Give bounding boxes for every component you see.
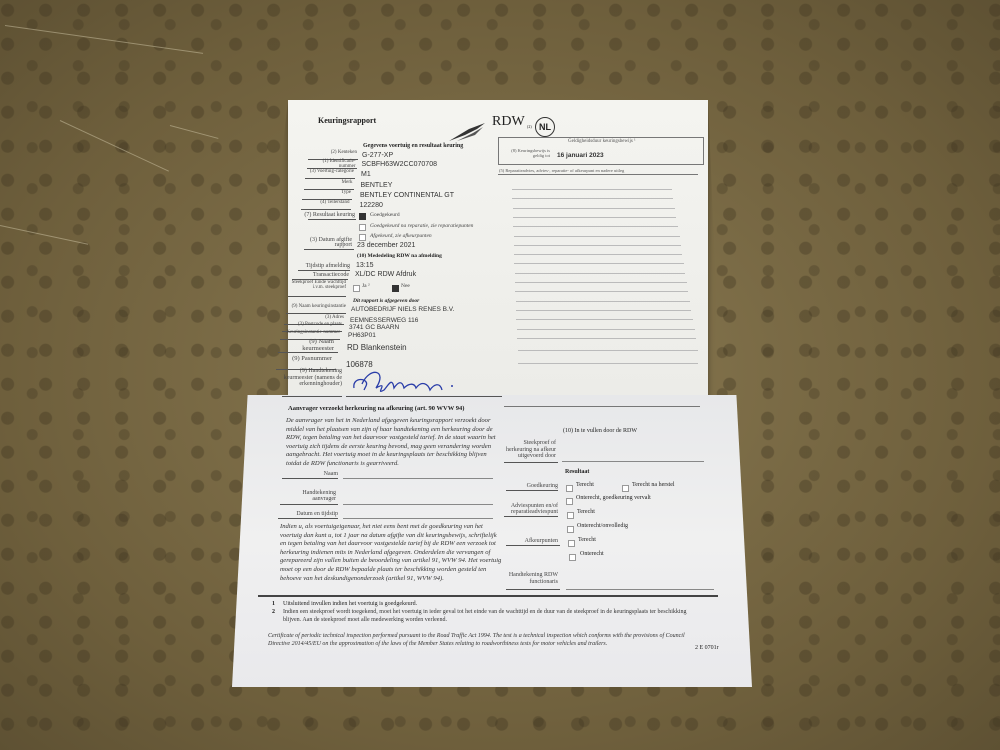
repair-advice-line[interactable] — [516, 301, 690, 302]
section-divider — [258, 595, 718, 597]
issuer-field-label: (9) Naam keuringsinstantie — [290, 305, 346, 310]
repair-advice-line[interactable] — [514, 245, 681, 246]
rdw-checkbox[interactable] — [568, 540, 575, 547]
reinspection-heading: Aanvrager verzoekt herkeuring na afkeuri… — [288, 405, 464, 412]
datetime-field[interactable] — [343, 518, 493, 519]
name-label: Naam — [300, 471, 338, 477]
result-option-label: Goedgekeurd — [370, 212, 400, 218]
repair-advice-line[interactable] — [518, 350, 698, 351]
repair-advice-line[interactable] — [515, 282, 687, 283]
country-ref: (2) — [527, 124, 532, 129]
underline — [506, 490, 558, 491]
signature-label: (9) Handtekening keurmeester (namens de … — [280, 368, 342, 388]
repair-advice-line[interactable] — [513, 208, 675, 209]
field-value: BENTLEY CONTINENTAL GT — [360, 192, 454, 199]
repair-advice-line[interactable] — [512, 198, 673, 199]
repair-advice-line[interactable] — [515, 291, 688, 292]
sample-label: Steekproef Einde wachttijd i.v.m. steekp… — [290, 281, 346, 290]
name-field[interactable] — [343, 478, 493, 479]
repair-advice-line[interactable] — [513, 226, 678, 227]
underline — [282, 478, 338, 479]
transaction-value: XL/DC RDW Afdruk — [355, 271, 416, 278]
issuer-field-label: (9) Pasnummer — [280, 356, 332, 363]
validity-heading: Geldigheidsduur keuringsbewijs ¹ — [568, 139, 636, 144]
transaction-label: Transactiecode — [295, 272, 349, 278]
footnote-number: 1 — [272, 601, 275, 607]
issuer-field-label: (9) Naam keurmeester — [282, 339, 334, 352]
underline — [504, 516, 558, 517]
underline — [301, 209, 351, 210]
sample-option-label: Nee — [401, 283, 410, 289]
repair-advice-line[interactable] — [516, 319, 693, 320]
keurmeester-signature — [350, 362, 460, 398]
issuer-field-label: Keuringsinstantie-nummer — [284, 331, 340, 336]
result-heading: Resultaat — [565, 469, 589, 475]
applicant-signature-label: Handtekening aanvrager — [286, 490, 336, 502]
validity-label: (8) Keuringsbewijs is geldig tot — [508, 148, 550, 158]
rdw-option-label: Terecht — [577, 509, 595, 515]
result-checkbox[interactable] — [359, 234, 366, 241]
issuer-field-value: RD Blankenstein — [347, 343, 407, 352]
rdw-option-label: Terecht na herstel — [632, 482, 675, 488]
field-value: G-277-XP — [362, 152, 393, 159]
rdw-checkbox[interactable] — [566, 485, 573, 492]
footnote-text: Indien een steekproef wordt toegekend, m… — [283, 608, 703, 624]
sample-option-label: Ja ² — [362, 283, 370, 289]
date-label: (3) Datum afgifte rapport — [300, 238, 352, 248]
field-label: (3) Voertuig-categorie — [307, 170, 354, 175]
issuer-field-label: (3) Adres — [288, 316, 344, 321]
field-value: BENTLEY — [361, 182, 393, 189]
result-checkbox[interactable] — [359, 213, 366, 220]
field-value: M1 — [361, 171, 371, 178]
sample-checkbox[interactable] — [392, 285, 399, 292]
issuer-field-label: (3) Postcode en plaats — [286, 323, 342, 328]
rdw-brand: RDW — [492, 114, 525, 130]
footnote-text: Uitsluitend invullen indien het voertuig… — [283, 601, 417, 607]
rdw-sample-field[interactable] — [562, 461, 704, 462]
certificate-note: Certificate of periodic technical inspec… — [268, 632, 698, 648]
rdw-checkbox[interactable] — [566, 498, 573, 505]
result-label: (7) Resultaat keuring — [300, 212, 355, 218]
inspection-report: Keuringsrapport RDW (2) NL Gegevens voer… — [0, 0, 1000, 750]
issuer-field-value: EEMNESSERWEG 116 — [350, 317, 418, 324]
rdw-checkbox[interactable] — [567, 512, 574, 519]
country-badge: NL — [535, 117, 555, 137]
issuer-field-value: AUTOBEDRIJF NIELS RENES B.V. — [351, 306, 454, 313]
underline — [286, 313, 346, 314]
rdw-signature-label: Handtekening RDW functionaris — [506, 572, 558, 585]
issued-by-heading: Dit rapport is afgegeven door — [353, 298, 419, 304]
repair-advice-line[interactable] — [518, 363, 698, 364]
repair-advice-line[interactable] — [514, 254, 682, 255]
rdw-group-label: Adviespunten en/of reparatieadviespunt — [504, 503, 558, 515]
repair-advice-label: (5) Reparatieadvies, advies-, reparatie-… — [499, 168, 624, 173]
repair-advice-line[interactable] — [514, 236, 680, 237]
rdw-checkbox[interactable] — [567, 526, 574, 533]
field-label: Type — [304, 191, 351, 196]
underline — [506, 545, 560, 546]
footnote-number: 2 — [272, 609, 275, 615]
rdw-fill-heading: (10) In te vullen door de RDW — [563, 428, 637, 434]
result-option-label: Afgekeurd, zie afkeurpunten — [370, 233, 432, 239]
issuer-field-value: PH63P01 — [348, 332, 376, 339]
underline — [504, 462, 558, 463]
time-value: 13:15 — [356, 262, 374, 269]
rdw-option-label: Onterecht/onvolledig — [577, 523, 628, 529]
rdw-notice-heading: (10) Mededeling RDW na afmelding — [357, 253, 442, 259]
field-label: (2) Kenteken — [310, 151, 357, 156]
underline — [305, 178, 355, 179]
result-checkbox[interactable] — [359, 224, 366, 231]
repair-advice-line[interactable] — [512, 189, 672, 190]
applicant-signature-field[interactable] — [343, 504, 493, 505]
underline — [498, 174, 698, 175]
country-code: NL — [539, 122, 551, 132]
reinspection-intro: De aanvrager van het in Nederland afgege… — [286, 417, 498, 469]
repair-advice-line[interactable] — [517, 329, 695, 330]
time-label: Tijdstip afmelding — [298, 263, 350, 269]
underline — [304, 249, 354, 250]
underline — [280, 504, 338, 505]
date-value: 23 december 2021 — [357, 242, 415, 249]
rdw-group-label: Goedkeuring — [506, 483, 558, 489]
repair-advice-line[interactable] — [514, 263, 684, 264]
underline — [504, 406, 700, 407]
underline — [278, 352, 338, 353]
rdw-checkbox[interactable] — [622, 485, 629, 492]
rdw-option-label: Terecht — [576, 482, 594, 488]
result-option-label: Goedgekeurd na reparatie, zie reparatiep… — [370, 223, 473, 229]
underline — [506, 589, 560, 590]
underline — [278, 518, 338, 519]
field-label: Merk — [306, 181, 353, 186]
rdw-sample-label: Steekproef of herkeuring na afkeur uitge… — [502, 440, 556, 460]
field-value: 122280 — [360, 202, 383, 209]
field-label: (4) Tellerstand — [303, 201, 350, 206]
rdw-arrow-logo-icon — [447, 121, 487, 143]
vehicle-section-heading: Gegevens voertuig en resultaat keuring — [363, 143, 463, 149]
rdw-signature-field[interactable] — [566, 589, 714, 590]
datetime-label: Datum en tijdstip — [286, 511, 338, 517]
owner-notice: Indien u, als voertuigeigenaar, het niet… — [280, 523, 502, 583]
repair-advice-line[interactable] — [516, 310, 692, 311]
underline — [288, 296, 346, 297]
form-code: 2 E 0701r — [695, 645, 719, 651]
rdw-option-label: Onterecht, goedkeuring vervalt — [576, 495, 651, 501]
rdw-checkbox[interactable] — [569, 554, 576, 561]
repair-advice-line[interactable] — [513, 217, 677, 218]
underline — [282, 396, 342, 397]
underline — [298, 270, 350, 271]
rdw-option-label: Terecht — [578, 537, 596, 543]
validity-value: 16 januari 2023 — [557, 152, 604, 159]
repair-advice-line[interactable] — [515, 273, 686, 274]
rdw-group-label: Afkeurpunten — [506, 538, 558, 544]
underline — [308, 219, 356, 220]
issuer-field-value: 3741 GC BAARN — [349, 324, 399, 331]
rdw-option-label: Onterecht — [580, 551, 604, 557]
repair-advice-line[interactable] — [517, 338, 696, 339]
report-title: Keuringsrapport — [318, 116, 376, 125]
sample-checkbox[interactable] — [353, 285, 360, 292]
field-value: SCBFH63W2CC070708 — [362, 161, 437, 168]
